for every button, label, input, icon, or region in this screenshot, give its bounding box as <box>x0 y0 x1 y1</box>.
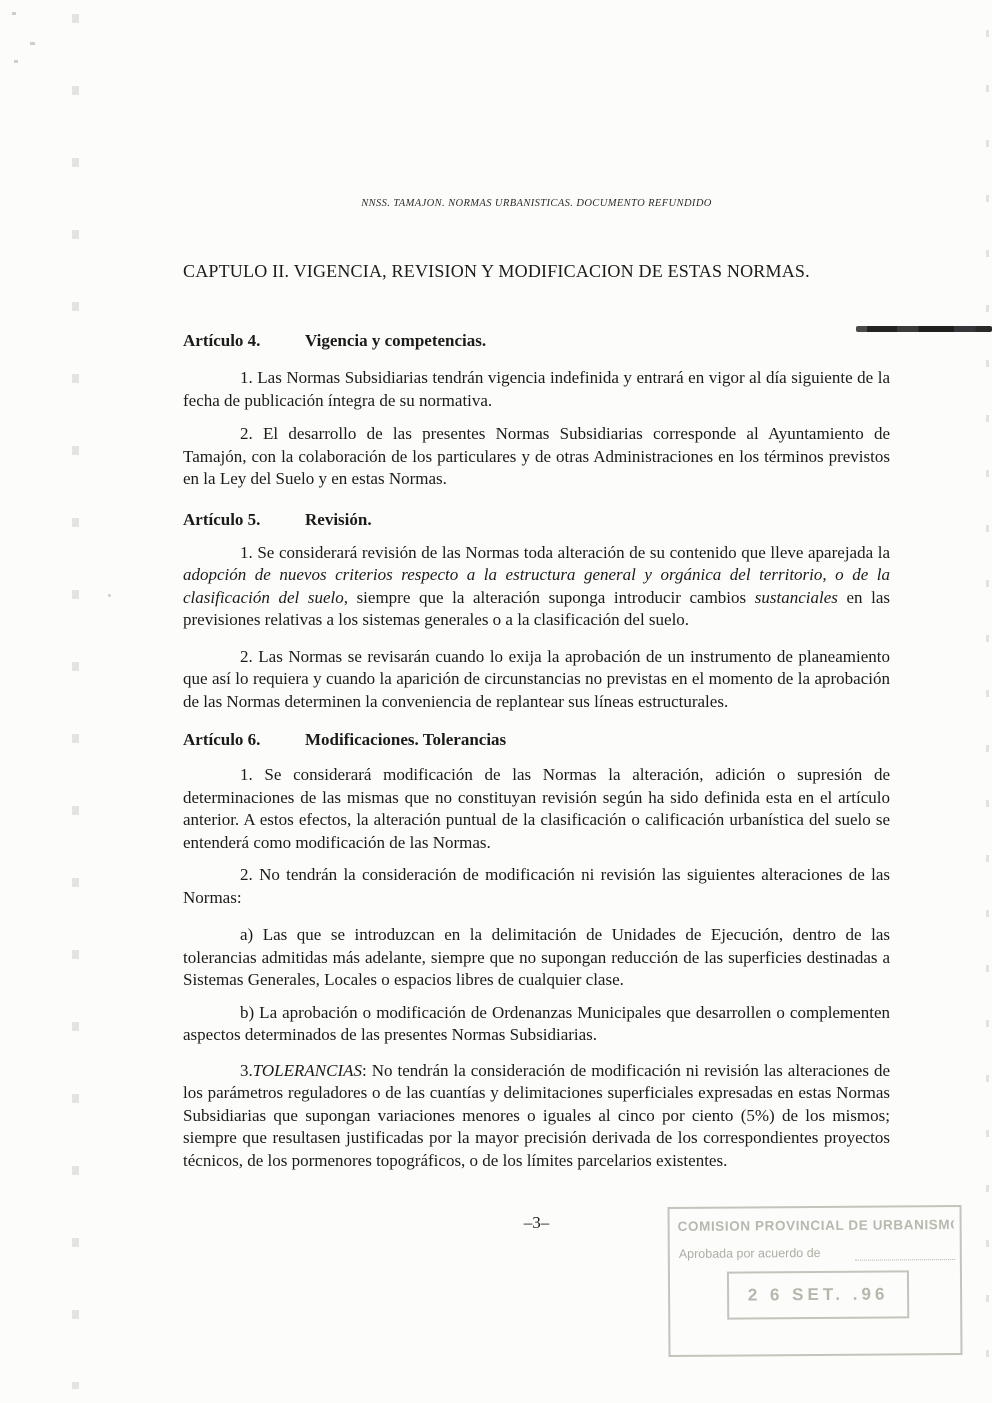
paragraph-a6-2: 2. No tendrán la consideración de modifi… <box>183 864 890 909</box>
text-segment: 2. No tendrán la consideración de modifi… <box>183 865 890 907</box>
article-number: Artículo 6. <box>183 728 305 751</box>
article-heading-4: Artículo 4.Vigencia y competencias. <box>183 329 890 352</box>
text-segment: , siempre que la alteración suponga intr… <box>344 588 755 607</box>
text-segment: a) Las que se introduzcan en la delimita… <box>183 925 890 989</box>
stamp-dotted-line <box>855 1259 955 1261</box>
paragraph-a6-b: b) La aprobación o modificación de Orden… <box>183 1002 890 1047</box>
article-title: Modificaciones. Tolerancias <box>305 730 506 749</box>
text-segment: 1. Se considerará modificación de las No… <box>183 765 890 852</box>
stamp-approval-line: Aprobada por acuerdo de <box>679 1246 821 1261</box>
running-header: NNSS. TAMAJON. NORMAS URBANISTICAS. DOCU… <box>183 197 890 211</box>
stamp-date: 2 6 SET. .96 <box>748 1284 889 1305</box>
text-segment: 3. <box>240 1061 253 1080</box>
scan-speck <box>30 42 35 45</box>
paragraph-a6-3-tolerancias: 3.TOLERANCIAS: No tendrán la consideraci… <box>183 1060 890 1173</box>
stamp-date-box: 2 6 SET. .96 <box>727 1270 909 1319</box>
text-segment-italic: sustanciales <box>755 588 838 607</box>
text-segment: 2. Las Normas se revisarán cuando lo exi… <box>183 647 890 711</box>
scan-speck <box>108 594 111 597</box>
left-margin-scan-artifacts <box>72 14 79 1389</box>
scan-speck <box>12 12 16 15</box>
text-segment: b) La aprobación o modificación de Orden… <box>183 1003 890 1045</box>
chapter-title: CAPTULO II. VIGENCIA, REVISION Y MODIFIC… <box>183 259 890 283</box>
text-segment: 1. Las Normas Subsidiarias tendrán vigen… <box>183 368 890 410</box>
paragraph-a5-2: 2. Las Normas se revisarán cuando lo exi… <box>183 646 890 714</box>
paragraph-a4-2: 2. El desarrollo de las presentes Normas… <box>183 423 890 491</box>
article-title: Revisión. <box>305 510 372 529</box>
text-segment: 2. El desarrollo de las presentes Normas… <box>183 424 890 488</box>
paragraph-a6-a: a) Las que se introduzcan en la delimita… <box>183 924 890 992</box>
scanned-document-page: COMISION PROVINCIAL DE URBANISMO Aprobad… <box>0 0 992 1403</box>
paragraph-a5-1: 1. Se considerará revisión de las Normas… <box>183 542 890 632</box>
scan-speck <box>14 60 18 63</box>
text-segment-italic: TOLERANCIAS <box>253 1061 362 1080</box>
article-heading-6: Artículo 6.Modificaciones. Tolerancias <box>183 728 890 751</box>
text-segment: 1. Se considerará revisión de las Normas… <box>240 543 890 562</box>
right-edge-scan-artifacts <box>986 30 989 1370</box>
scan-streak-artifact <box>856 326 992 332</box>
article-number: Artículo 5. <box>183 508 305 531</box>
document-content: NNSS. TAMAJON. NORMAS URBANISTICAS. DOCU… <box>183 0 890 1234</box>
article-heading-5: Artículo 5.Revisión. <box>183 508 890 531</box>
paragraph-a4-1: 1. Las Normas Subsidiarias tendrán vigen… <box>183 367 890 412</box>
article-title: Vigencia y competencias. <box>305 331 486 350</box>
page-number: –3– <box>183 1212 890 1234</box>
paragraph-a6-1: 1. Se considerará modificación de las No… <box>183 764 890 854</box>
article-number: Artículo 4. <box>183 329 305 352</box>
